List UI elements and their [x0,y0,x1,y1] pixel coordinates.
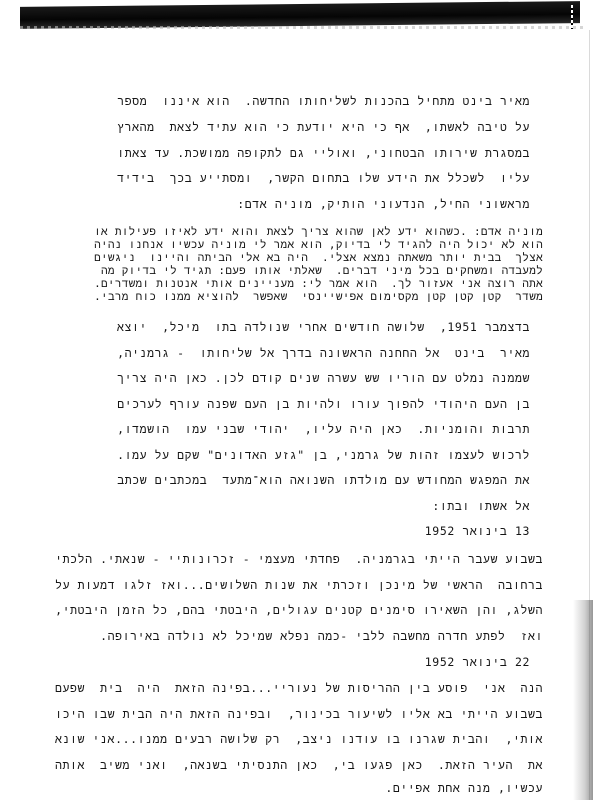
quote-line: מוניה אדם: .כשהוא ידע לאן שהוא צריך לצאת… [94,225,543,239]
letter-1-date: 13 בינואר 1952 [425,524,530,539]
paragraph-2-line: את המפגש המחודש עם מולדתו השנואה הוא־מתע… [117,473,530,488]
letter-1-line: השלג, והן השאירו סימנים קטנים עגולים, הי… [55,603,543,618]
paragraph-2-line: מאיר בינט אל החחנה הראשונה בדרך אל שליחו… [117,346,530,361]
paragraph-1-line: מאיר בינט מתחיל בהכנות לשליחותו החדשה. ה… [117,94,530,109]
paragraph-2-line: אל אשתו ובתו: [432,499,530,514]
paragraph-2-line: בדצמבר 1951, שלושה חודשים אחרי שנולדה בת… [117,320,530,335]
paragraph-2-line: לרכוש לעצמו זהות של גרמני, בן "גזע האדונ… [117,448,530,463]
paragraph-1-line: במסגרת שירותו הבטחוני, ואוליי גם לתקופה … [117,146,530,161]
quote-line: אתה רוצה אני אעזור לך. הוא אמר לי: מעניי… [94,277,543,291]
paragraph-1-line: עליו לשכלל את הידע שלו בתחום הקשר, ומסתי… [117,171,530,186]
paragraph-2-line: שממנה נמלט עם הוריו שש עשרה שנים קודם לכ… [117,371,530,386]
letter-1-line: ברחובה הראשי של מינכן וזכרתי את שנות השל… [55,578,543,593]
paragraph-2-line: בן העם היהודי להפוך עורו ולהיות בן העם ש… [117,397,530,412]
document-page: מאיר בינט מתחיל בהכנות לשליחותו החדשה. ה… [0,0,593,800]
letter-2-line: עכשיו, מנה אחת אפיים. [385,781,543,796]
paragraph-1-line: על טיבה לאשתו, אף כי היא יודעת כי הוא עת… [117,120,530,135]
quote-line: אצלך בבית יותר משאתה נמצא אצלי. היה בא א… [94,251,543,265]
letter-2-line: את העיר הזאת. כאן פגעו בי, כאן התנסיתי ב… [55,758,543,773]
paragraph-2-line: תרבות והומניות. כאן היה עליו, יהודי שבני… [117,422,530,437]
letter-2-line: הנה אני פוסע בין ההריסות של נעוריי...בפי… [55,681,543,696]
letter-1-line: ואז לפתע חדרה מחשבה ללבי -כמה נפלא שמיכל… [100,629,543,644]
quote-line: למעבדה ומשחקים בכל מיני דברים. שאלתי אות… [101,264,543,278]
paragraph-1-line: מראשוני החיל, הנדעוני הותיק, מוניה אדם: [237,197,530,212]
letter-2-line: אותי, והבית שגרנו בו עודנו ניצב, רק שלוש… [55,732,543,747]
quote-line: הוא לא יכול היה להגיד לי בדיוק, הוא אמר … [94,238,543,252]
letter-2-date: 22 בינואר 1952 [425,655,530,670]
letter-1-line: בשבוע שעבר הייתי בגרמניה. פחדתי מעצמי - … [55,552,543,567]
quote-line: משדר קטן קטן קטן מקסימום אפישיינסי שאפשר… [94,290,543,304]
letter-2-line: בשבוע הייתי בא אליו לשיעור בכינור, ובפינ… [55,707,543,722]
